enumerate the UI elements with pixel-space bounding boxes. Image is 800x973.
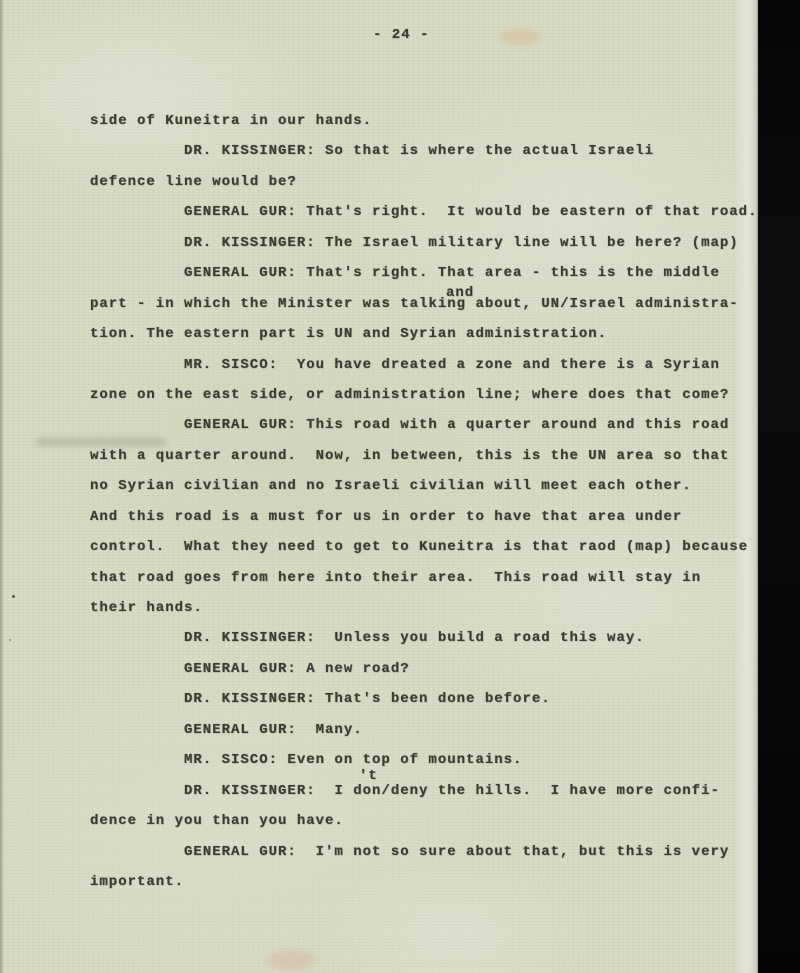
text-line: GENERAL GUR: Many. [184, 715, 758, 745]
ink-speck [12, 595, 15, 598]
text-line: their hands. [90, 593, 758, 623]
gray-smudge [36, 438, 166, 446]
document-body: side of Kuneitra in our hands.DR. KISSIN… [90, 106, 758, 897]
text-line: defence line would be? [90, 167, 758, 197]
text-line: part - in which the Minister was talking… [90, 289, 758, 319]
text-line: DR. KISSINGER: The Israel military line … [184, 228, 758, 258]
paper-left-edge-shadow [0, 0, 4, 973]
text-line: MR. SISCO: You have dreated a zone and t… [184, 350, 758, 380]
scanned-page: - 24 - side of Kuneitra in our hands.DR.… [0, 0, 800, 973]
text-line: GENERAL GUR: This road with a quarter ar… [184, 410, 758, 440]
text-line: GENERAL GUR: That's right. It would be e… [184, 197, 758, 227]
text-line: that road goes from here into their area… [90, 563, 758, 593]
text-line: And this road is a must for us in order … [90, 502, 758, 532]
text-line: zone on the east side, or administration… [90, 380, 758, 410]
paper-sheet: - 24 - side of Kuneitra in our hands.DR.… [0, 0, 758, 973]
text-line: with a quarter around. Now, in between, … [90, 441, 758, 471]
text-line: tion. The eastern part is UN and Syrian … [90, 319, 758, 349]
warm-smudge [500, 28, 540, 46]
text-line: control. What they need to get to Kuneit… [90, 532, 758, 562]
typed-insertion-and: and [446, 286, 474, 300]
text-line: GENERAL GUR: I'm not so sure about that,… [184, 837, 758, 867]
pink-smudge [266, 950, 316, 970]
text-line: no Syrian civilian and no Israeli civili… [90, 471, 758, 501]
text-line: GENERAL GUR: A new road? [184, 654, 758, 684]
text-line: side of Kuneitra in our hands. [90, 106, 758, 136]
text-line: dence in you than you have. [90, 806, 758, 836]
text-line: DR. KISSINGER: I don/deny the hills. I h… [184, 776, 758, 806]
text-line: DR. KISSINGER: So that is where the actu… [184, 136, 758, 166]
ink-speck [9, 639, 11, 641]
text-line: important. [90, 867, 758, 897]
typed-insertion-apostrophe-t: 't [359, 769, 378, 783]
text-line: DR. KISSINGER: That's been done before. [184, 684, 758, 714]
text-line: DR. KISSINGER: Unless you build a road t… [184, 623, 758, 653]
page-number: - 24 - [373, 27, 429, 43]
text-line: MR. SISCO: Even on top of mountains. [184, 745, 758, 775]
